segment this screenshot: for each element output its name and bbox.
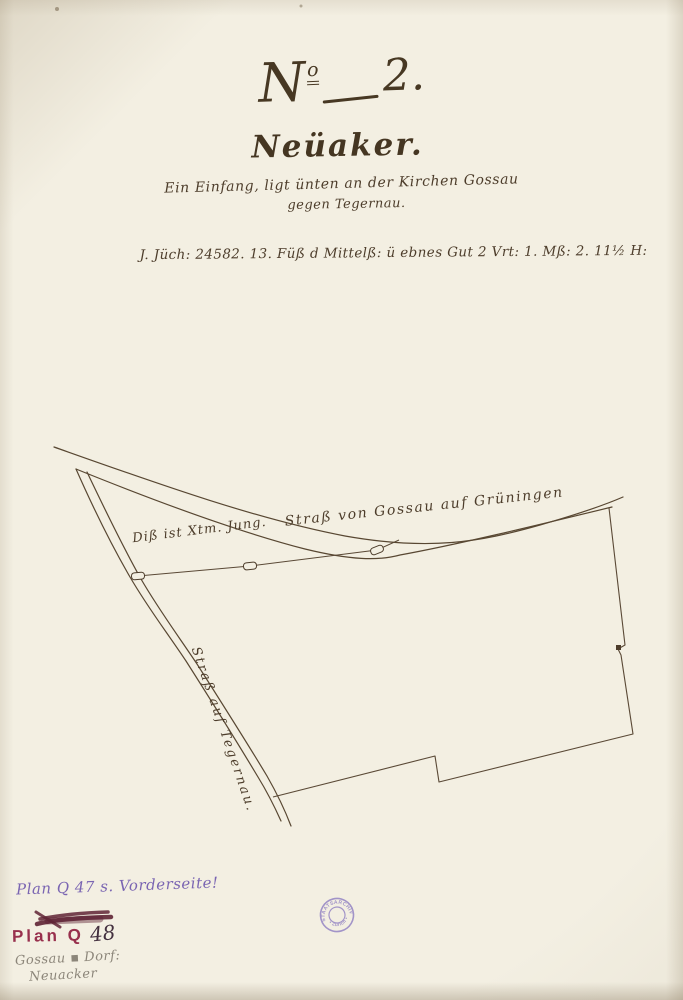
survey-marker — [131, 572, 145, 580]
boundary-notch-mark — [616, 645, 621, 650]
paper-specks — [55, 5, 303, 12]
survey-marker — [243, 562, 257, 570]
plan-number-superscript: o — [307, 61, 319, 85]
parcel — [273, 508, 633, 797]
underline-flourish — [322, 95, 378, 104]
plan-number-handwritten: 48 — [89, 920, 117, 947]
plan-signature: Plan Q 48 — [12, 925, 116, 947]
plan-number-value: 2. — [382, 53, 425, 98]
plan-sheet: N o 2. Neüaker. Ein Einfang, ligt ünten … — [0, 0, 683, 1000]
plan-q-stamp: Plan Q — [12, 926, 84, 947]
plan-number-letter: N — [257, 55, 306, 111]
roads — [54, 447, 623, 826]
parcel-boundary — [273, 508, 633, 797]
survey-marker — [370, 544, 385, 555]
survey-line — [131, 540, 399, 580]
